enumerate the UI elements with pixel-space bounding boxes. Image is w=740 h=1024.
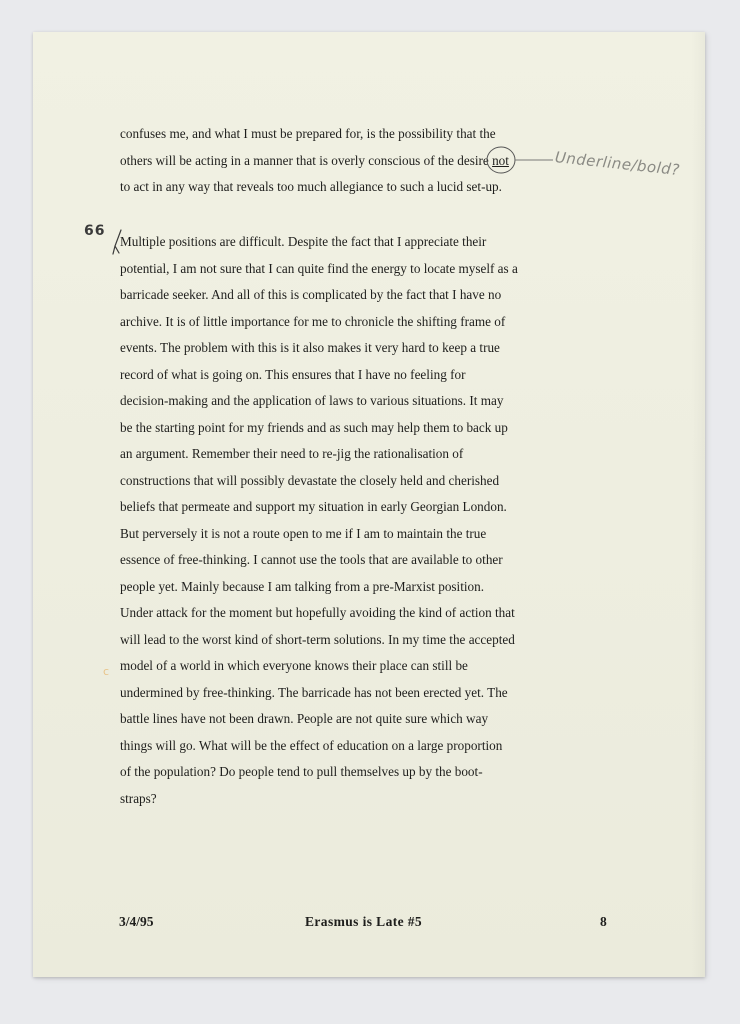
text-line: undermined by free-thinking. The barrica… — [120, 680, 540, 707]
handwritten-quote-mark: 66 — [84, 223, 105, 239]
text-line: essence of free-thinking. I cannot use t… — [120, 547, 540, 574]
text-line: will lead to the worst kind of short-ter… — [120, 627, 540, 654]
paragraph-1: confuses me, and what I must be prepared… — [120, 121, 540, 201]
text-line: of the population? Do people tend to pul… — [120, 759, 540, 786]
paragraph-2: Multiple positions are difficult. Despit… — [120, 229, 540, 812]
text-line: constructions that will possibly devasta… — [120, 468, 540, 495]
text-line: battle lines have not been drawn. People… — [120, 706, 540, 733]
footer-page-number: 8 — [600, 914, 607, 930]
text-line: be the starting point for my friends and… — [120, 415, 540, 442]
insertion-caret-icon — [110, 229, 124, 255]
text-line: barricade seeker. And all of this is com… — [120, 282, 540, 309]
footer-title: Erasmus is Late #5 — [305, 914, 422, 930]
text-segment: others will be acting in a manner that i… — [120, 153, 492, 168]
text-line: people yet. Mainly because I am talking … — [120, 574, 540, 601]
document-page: confuses me, and what I must be prepared… — [33, 32, 705, 977]
text-line: decision-making and the application of l… — [120, 388, 540, 415]
text-line: model of a world in which everyone knows… — [120, 653, 540, 680]
text-line: Multiple positions are difficult. Despit… — [120, 229, 540, 256]
handwritten-margin-note: Underline/bold? — [554, 148, 681, 179]
text-line: But perversely it is not a route open to… — [120, 521, 540, 548]
text-line: things will go. What will be the effect … — [120, 733, 540, 760]
text-line: events. The problem with this is it also… — [120, 335, 540, 362]
footer-date: 3/4/95 — [119, 914, 154, 930]
text-line: record of what is going on. This ensures… — [120, 362, 540, 389]
text-line: beliefs that permeate and support my sit… — [120, 494, 540, 521]
page-footer: 3/4/95 Erasmus is Late #5 8 — [33, 914, 705, 934]
text-line: potential, I am not sure that I can quit… — [120, 256, 540, 283]
circle-annotation-icon — [483, 144, 563, 178]
text-line: to act in any way that reveals too much … — [120, 174, 540, 201]
text-line: archive. It is of little importance for … — [120, 309, 540, 336]
text-line: an argument. Remember their need to re-j… — [120, 441, 540, 468]
text-line: Under attack for the moment but hopefull… — [120, 600, 540, 627]
orange-pencil-mark: c — [103, 665, 109, 678]
text-line: others will be acting in a manner that i… — [120, 148, 540, 175]
text-line: straps? — [120, 786, 540, 813]
text-line: confuses me, and what I must be prepared… — [120, 121, 540, 148]
